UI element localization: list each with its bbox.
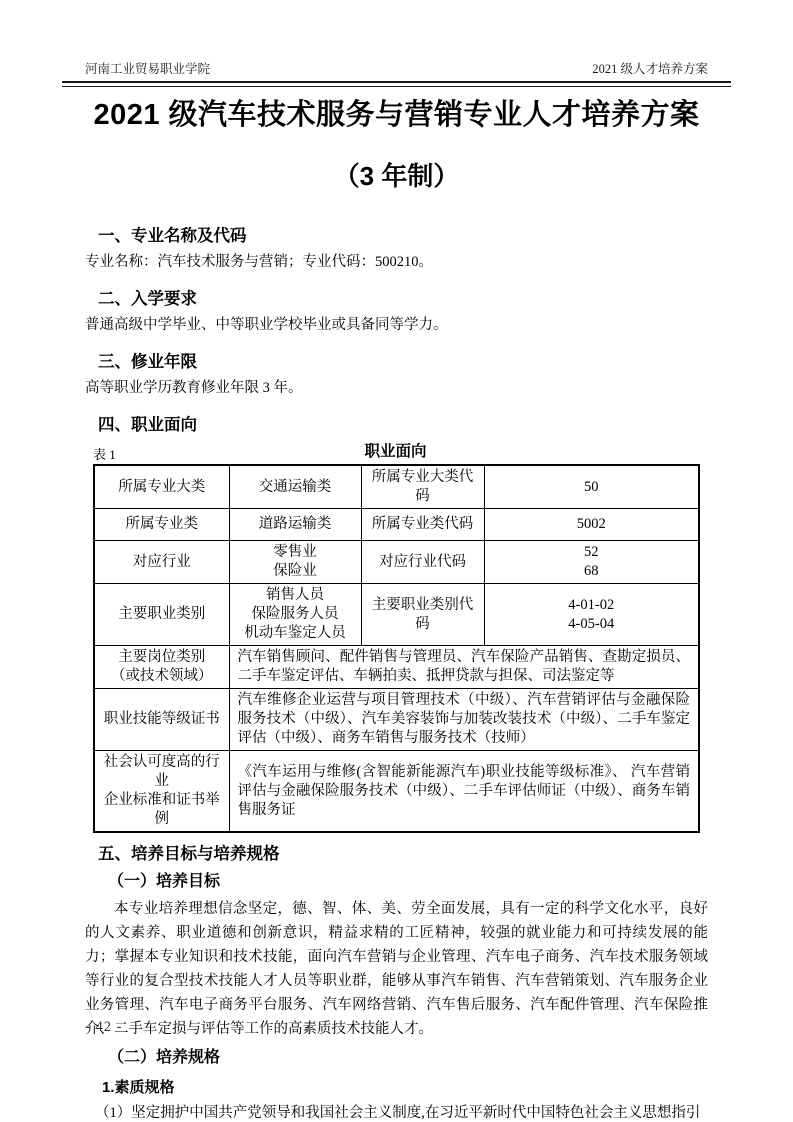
section-4-heading: 四、职业面向 — [98, 414, 708, 436]
quality-spec-heading: 1.素质规格 — [102, 1077, 708, 1098]
cell-label: 所属专业大类代码 — [361, 465, 484, 509]
cell-value: 零售业 保险业 — [229, 541, 361, 584]
table-row: 所属专业类 道路运输类 所属专业类代码 5002 — [94, 509, 699, 541]
quality-spec-item-1: （1）坚定拥护中国共产党领导和我国社会主义制度,在习近平新时代中国特色社会主义思… — [95, 1102, 708, 1122]
cell-label: 所属专业大类 — [94, 465, 229, 509]
cell-label: 主要职业类别 — [94, 584, 229, 646]
page-subtitle: （3 年制） — [85, 156, 708, 193]
table-row: 职业技能等级证书 汽车维修企业运营与项目管理技术（中级）、汽车营销评估与金融保险… — [94, 689, 699, 751]
section-2-body: 普通高级中学毕业、中等职业学校毕业或具备同等学力。 — [85, 314, 708, 337]
cell-label: 社会认可度高的行业 企业标准和证书举例 — [94, 751, 229, 833]
table-row: 所属专业大类 交通运输类 所属专业大类代码 50 — [94, 465, 699, 509]
table-row: 主要职业类别 销售人员 保险服务人员 机动车鉴定人员 主要职业类别代码 4-01… — [94, 584, 699, 646]
cell-value: 4-01-02 4-05-04 — [484, 584, 699, 646]
table-row: 社会认可度高的行业 企业标准和证书举例 《汽车运用与维修(含智能新能源汽车)职业… — [94, 751, 699, 833]
section-1-body: 专业名称：汽车技术服务与营销；专业代码：500210。 — [85, 251, 708, 274]
section-5-2-heading: （二）培养规格 — [108, 1047, 708, 1069]
table-caption-title: 职业面向 — [93, 442, 698, 462]
cell-label: 职业技能等级证书 — [94, 689, 229, 751]
cell-value: 《汽车运用与维修(含智能新能源汽车)职业技能等级标准》、 汽车营销评估与金融保险… — [229, 751, 699, 833]
page-title: 2021 级汽车技术服务与营销专业人才培养方案 — [85, 99, 708, 132]
section-3-heading: 三、修业年限 — [98, 351, 708, 373]
table-row: 对应行业 零售业 保险业 对应行业代码 52 68 — [94, 541, 699, 584]
header-rule — [62, 81, 731, 87]
document-page: 河南工业贸易职业学院 2021 级人才培养方案 2021 级汽车技术服务与营销专… — [0, 0, 793, 1122]
section-3-body: 高等职业学历教育修业年限 3 年。 — [85, 377, 708, 400]
cell-value: 汽车销售顾问、配件销售与管理员、汽车保险产品销售、查勘定损员、二手车鉴定评估、车… — [229, 646, 699, 689]
cell-label: 所属专业类 — [94, 509, 229, 541]
cell-value: 5002 — [484, 509, 699, 541]
cell-value: 汽车维修企业运营与项目管理技术（中级）、汽车营销评估与金融保险服务技术（中级）、… — [229, 689, 699, 751]
section-2-heading: 二、入学要求 — [98, 288, 708, 310]
cell-value: 交通运输类 — [229, 465, 361, 509]
table-row: 主要岗位类别 （或技术领域） 汽车销售顾问、配件销售与管理员、汽车保险产品销售、… — [94, 646, 699, 689]
header-school-name: 河南工业贸易职业学院 — [85, 60, 210, 78]
section-5-1-heading: （一）培养目标 — [108, 871, 708, 893]
cell-value: 50 — [484, 465, 699, 509]
cell-label: 主要职业类别代码 — [361, 584, 484, 646]
cell-label: 对应行业代码 — [361, 541, 484, 584]
page-header: 河南工业贸易职业学院 2021 级人才培养方案 — [85, 60, 708, 78]
cell-label: 对应行业 — [94, 541, 229, 584]
section-1-heading: 一、专业名称及代码 — [98, 225, 708, 247]
cell-value: 道路运输类 — [229, 509, 361, 541]
cell-label: 主要岗位类别 （或技术领域） — [94, 646, 229, 689]
section-5-heading: 五、培养目标与培养规格 — [98, 843, 708, 865]
cell-label: 所属专业类代码 — [361, 509, 484, 541]
occupation-table: 所属专业大类 交通运输类 所属专业大类代码 50 所属专业类 道路运输类 所属专… — [93, 464, 700, 833]
cell-value: 52 68 — [484, 541, 699, 584]
page-number: - 42 - — [85, 1019, 122, 1036]
table-caption: 表 1 职业面向 — [93, 442, 698, 462]
training-goal-paragraph: 本专业培养理想信念坚定，德、智、体、美、劳全面发展，具有一定的科学文化水平，良好… — [85, 897, 708, 1041]
header-doc-type: 2021 级人才培养方案 — [592, 60, 708, 78]
cell-value: 销售人员 保险服务人员 机动车鉴定人员 — [229, 584, 361, 646]
table-caption-label: 表 1 — [93, 444, 116, 463]
